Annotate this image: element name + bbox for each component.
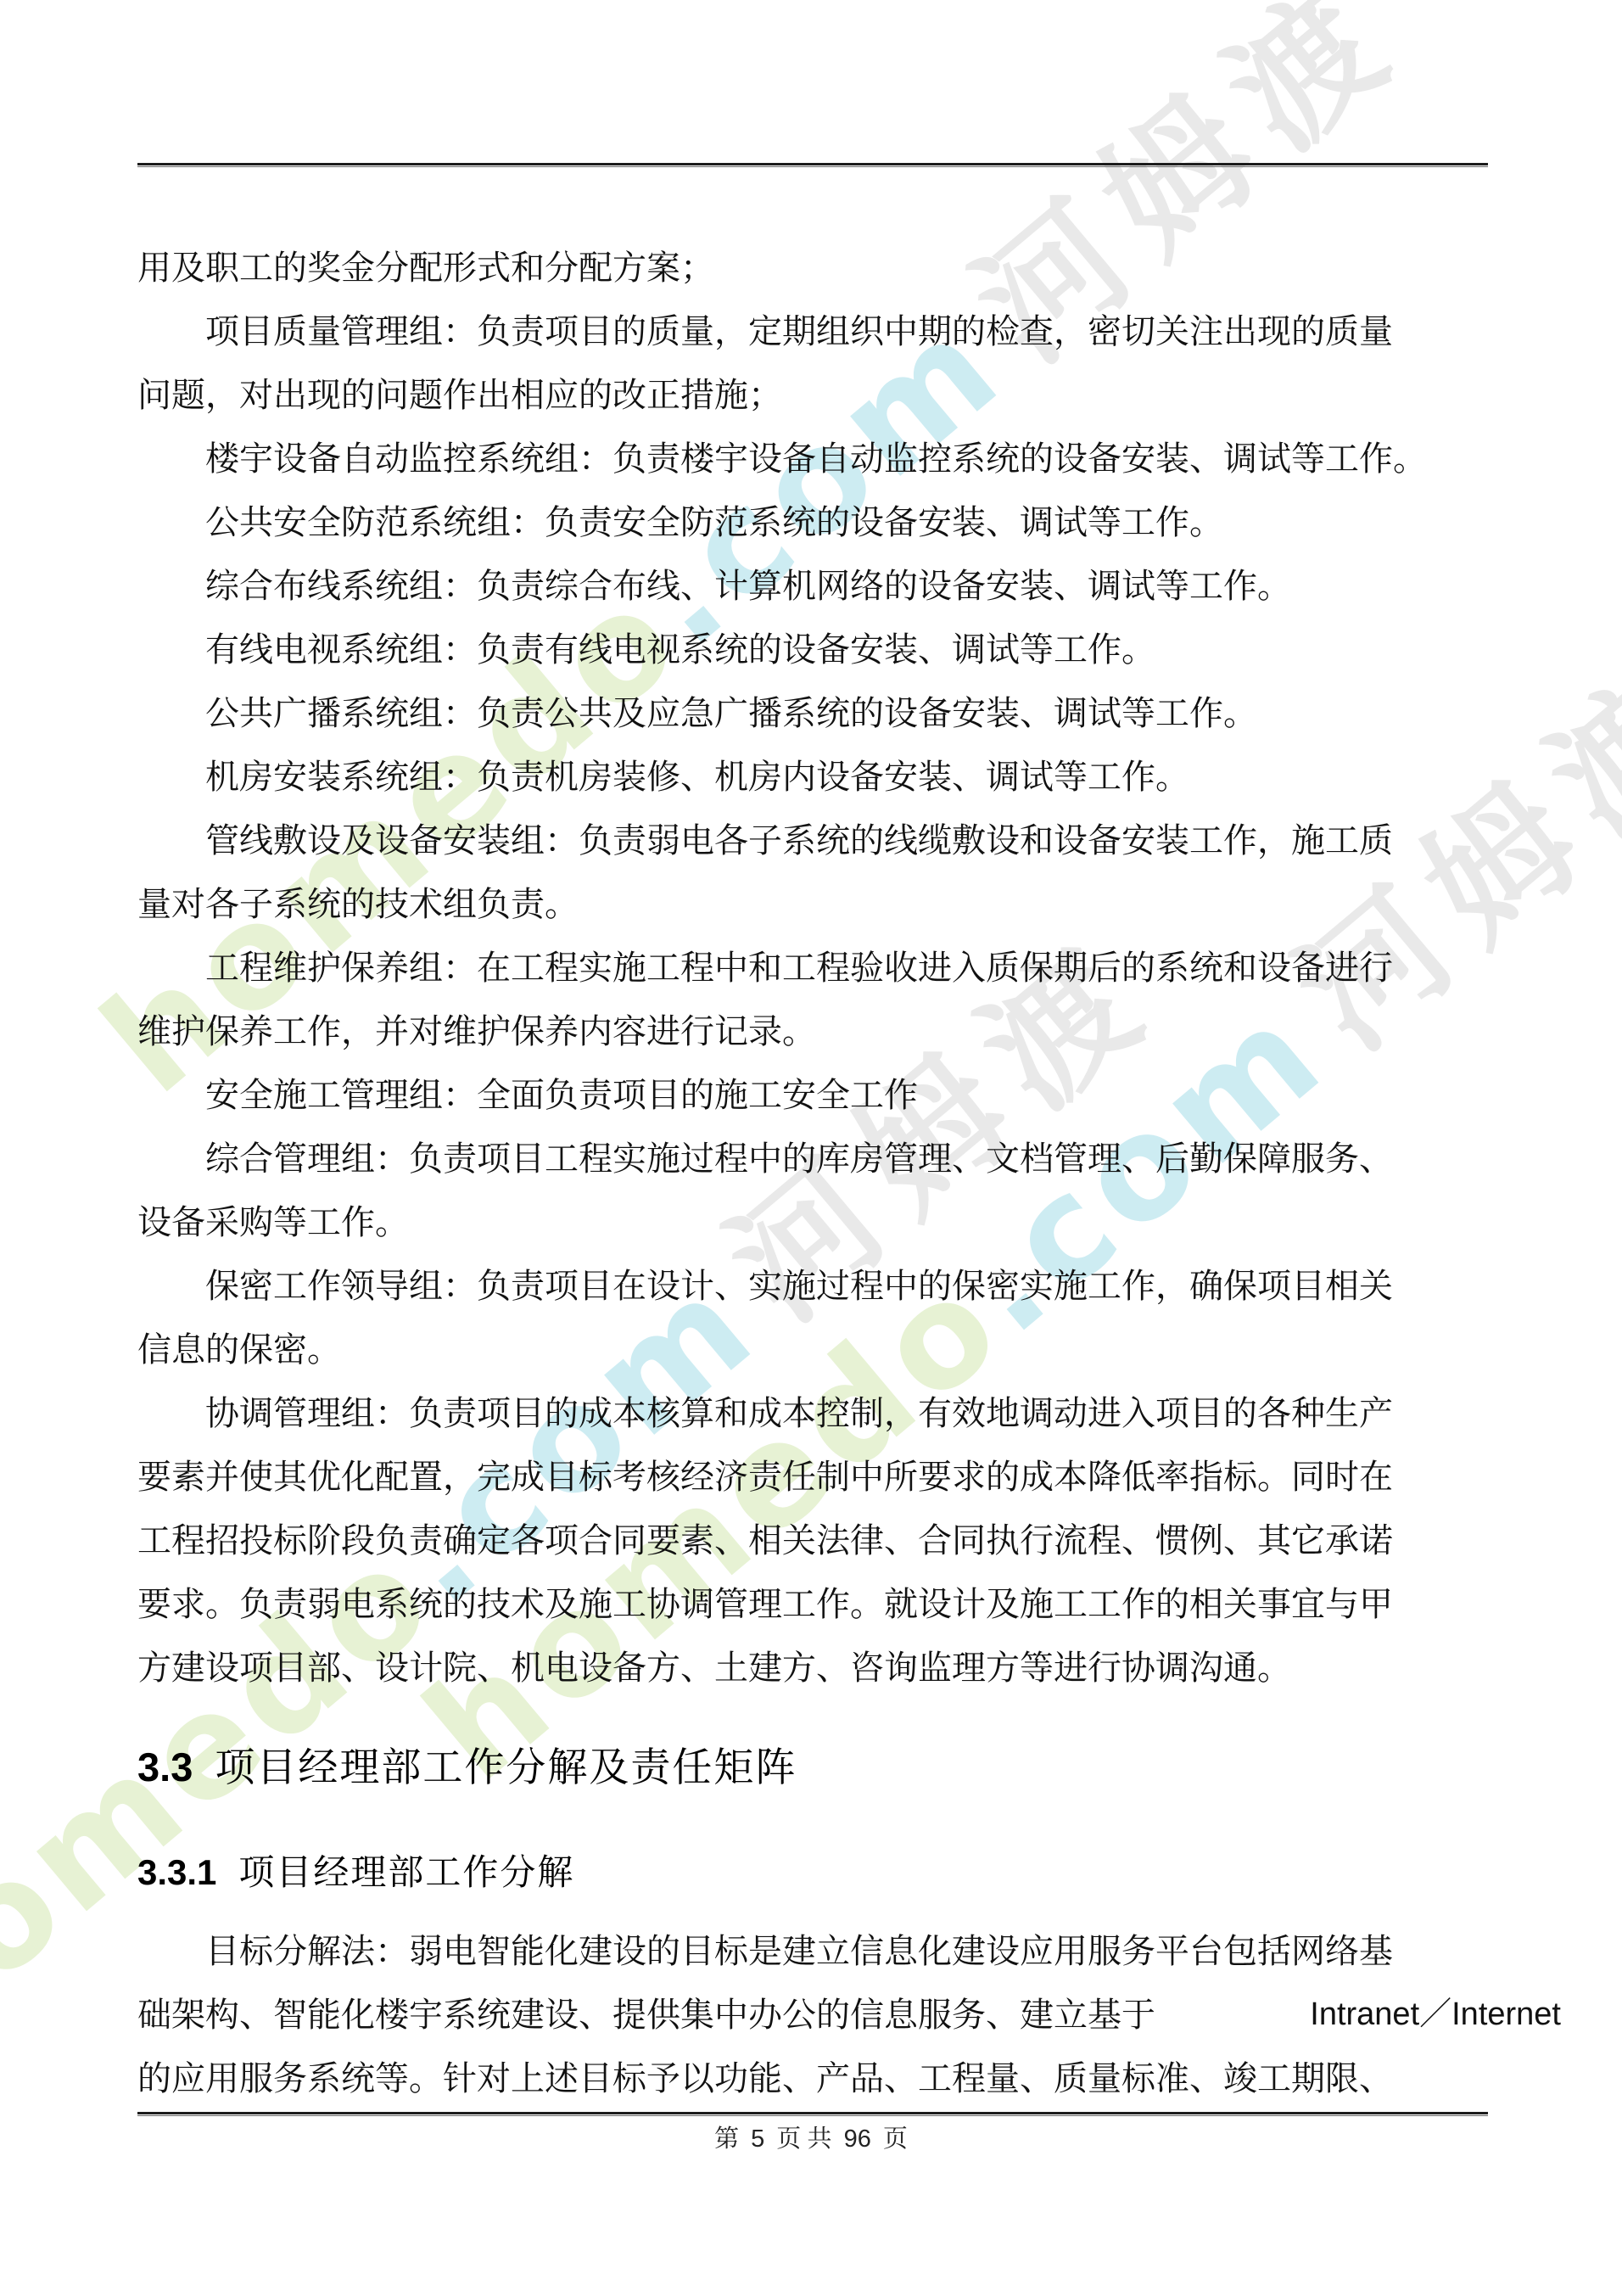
line-text: 础架构、智能化楼宇系统建设、提供集中办公的信息服务、建立基于 (137, 1983, 1155, 2047)
body-line: 信息的保密。 (137, 1318, 1488, 1381)
body-line: 工程招投标阶段负责确定各项合同要素、相关法律、合同执行流程、惯例、其它承诺 (137, 1509, 1488, 1572)
body-line: 综合布线系统组：负责综合布线、计算机网络的设备安装、调试等工作。 (137, 554, 1488, 618)
body-line: 保密工作领导组：负责项目在设计、实施过程中的保密实施工作，确保项目相关 (137, 1254, 1488, 1318)
section-number: 3.3.1 (137, 1852, 216, 1892)
footer-prefix: 第 (714, 2125, 739, 2153)
body-line: 楼宇设备自动监控系统组：负责楼宇设备自动监控系统的设备安装、调试等工作。 (137, 427, 1488, 490)
section-heading-3-3-1: 3.3.1项目经理部工作分解 (137, 1845, 574, 1896)
header-rule-thin (137, 166, 1488, 167)
body-line: 要素并使其优化配置，完成目标考核经济责任制中所要求的成本降低率指标。同时在 (137, 1445, 1488, 1509)
body-line: 公共广播系统组：负责公共及应急广播系统的设备安装、调试等工作。 (137, 681, 1488, 745)
line-latin-text: Intranet／Internet (1310, 1983, 1561, 2047)
header-rule-thick (137, 163, 1488, 165)
body-line: 设备采购等工作。 (137, 1190, 1488, 1254)
body-line: 目标分解法：弱电智能化建设的目标是建立信息化建设应用服务平台包括网络基 (137, 1919, 1488, 1983)
footer-suffix: 页 (883, 2125, 908, 2153)
header-rule (137, 163, 1488, 167)
body-line: 问题，对出现的问题作出相应的改正措施； (137, 363, 1488, 427)
body-line: 管线敷设及设备安装组：负责弱电各子系统的线缆敷设和设备安装工作，施工质 (137, 809, 1488, 872)
body-line: 方建设项目部、设计院、机电设备方、土建方、咨询监理方等进行协调沟通。 (137, 1636, 1488, 1700)
footer-rule (137, 2112, 1488, 2116)
body-text-block-1: 用及职工的奖金分配形式和分配方案；项目质量管理组：负责项目的质量，定期组织中期的… (137, 236, 1488, 1700)
footer-rule-thick (137, 2112, 1488, 2114)
document-page: homedo.com河姆渡 homedo.com河姆渡 homedo.com河姆… (0, 0, 1622, 2296)
footer-middle: 页 共 (776, 2125, 831, 2153)
body-line: 有线电视系统组：负责有线电视系统的设备安装、调试等工作。 (137, 618, 1488, 681)
body-text-block-2: 目标分解法：弱电智能化建设的目标是建立信息化建设应用服务平台包括网络基础架构、智… (137, 1919, 1488, 2110)
body-line: 工程维护保养组：在工程实施工程中和工程验收进入质保期后的系统和设备进行 (137, 936, 1488, 1000)
body-line: 协调管理组：负责项目的成本核算和成本控制，有效地调动进入项目的各种生产 (137, 1381, 1488, 1445)
body-line: 机房安装系统组：负责机房装修、机房内设备安装、调试等工作。 (137, 745, 1488, 809)
page-number-footer: 第5页 共96页 (0, 2120, 1622, 2154)
body-line: 础架构、智能化楼宇系统建设、提供集中办公的信息服务、建立基于Intranet／I… (137, 1983, 1561, 2047)
body-line: 综合管理组：负责项目工程实施过程中的库房管理、文档管理、后勤保障服务、 (137, 1127, 1488, 1190)
section-title: 项目经理部工作分解及责任矩阵 (215, 1744, 797, 1789)
body-line: 用及职工的奖金分配形式和分配方案； (137, 236, 1488, 300)
footer-page-number: 5 (751, 2125, 764, 2153)
body-line: 维护保养工作，并对维护保养内容进行记录。 (137, 1000, 1488, 1063)
body-line: 安全施工管理组：全面负责项目的施工安全工作 (137, 1063, 1488, 1127)
section-heading-3-3: 3.3项目经理部工作分解及责任矩阵 (137, 1736, 797, 1793)
body-line: 项目质量管理组：负责项目的质量，定期组织中期的检查，密切关注出现的质量 (137, 300, 1488, 363)
section-title: 项目经理部工作分解 (238, 1852, 574, 1892)
body-line: 的应用服务系统等。针对上述目标予以功能、产品、工程量、质量标准、竣工期限、 (137, 2047, 1488, 2110)
body-line: 要求。负责弱电系统的技术及施工协调管理工作。就设计及施工工作的相关事宜与甲 (137, 1572, 1488, 1636)
footer-total-pages: 96 (844, 2125, 871, 2153)
body-line: 公共安全防范系统组：负责安全防范系统的设备安装、调试等工作。 (137, 490, 1488, 554)
section-number: 3.3 (137, 1744, 193, 1789)
footer-rule-thin (137, 2115, 1488, 2116)
body-line: 量对各子系统的技术组负责。 (137, 872, 1488, 936)
